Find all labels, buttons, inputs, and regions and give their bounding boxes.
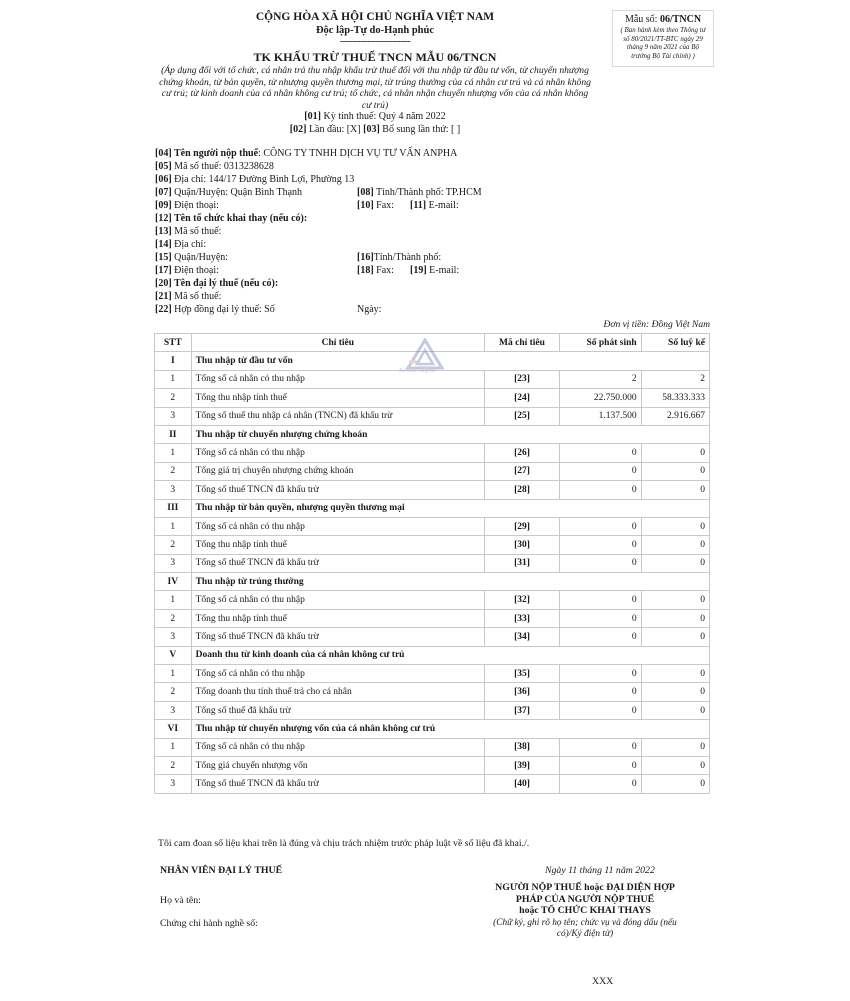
form-description: (Áp dụng đối với tổ chức, cá nhân trả th… xyxy=(150,65,600,111)
row-code: [38] xyxy=(485,738,560,756)
row-indicator: Tổng số thuế TNCN đã khấu trừ xyxy=(191,481,484,499)
row-code: [34] xyxy=(485,628,560,646)
row-cumulative: 0 xyxy=(641,683,709,701)
table-row: 3Tổng số thuế thu nhập cá nhân (TNCN) đã… xyxy=(155,407,710,425)
table-row: 1Tổng số cá nhân có thu nhập[35]00 xyxy=(155,665,710,683)
row-code: [23] xyxy=(485,370,560,388)
row-indicator: Tổng số cá nhân có thu nhập xyxy=(191,591,484,609)
row-code: [25] xyxy=(485,407,560,425)
row-amount: 0 xyxy=(559,591,641,609)
anpha-triangle-logo-icon xyxy=(405,338,445,370)
row-amount: 0 xyxy=(559,665,641,683)
row-stt: 3 xyxy=(155,628,192,646)
table-row: 1Tổng số cá nhân có thu nhập[32]00 xyxy=(155,591,710,609)
row-code: [40] xyxy=(485,775,560,793)
row-code: [36] xyxy=(485,683,560,701)
taxpayer-name: [04] Tên người nộp thuế: CÔNG TY TNHH DỊ… xyxy=(155,148,457,160)
row-code: [27] xyxy=(485,462,560,480)
row-indicator: Tổng số cá nhân có thu nhập xyxy=(191,444,484,462)
section-title: Doanh thu từ kinh doanh của cá nhân khôn… xyxy=(191,646,709,664)
agent-title: [20] Tên đại lý thuế (nếu có): xyxy=(155,278,278,290)
row-indicator: Tổng doanh thu tính thuế trả cho cá nhân xyxy=(191,683,484,701)
row-cumulative: 0 xyxy=(641,738,709,756)
section-title: Thu nhập từ bản quyền, nhượng quyền thươ… xyxy=(191,499,709,517)
substitute-email: [19] E-mail: xyxy=(410,265,459,277)
table-row: 3Tổng số thuế TNCN đã khấu trừ[34]00 xyxy=(155,628,710,646)
table-row: 2Tổng thu nhập tính thuế[24]22.750.00058… xyxy=(155,389,710,407)
table-row: 1Tổng số cá nhân có thu nhập[38]00 xyxy=(155,738,710,756)
row-code: [32] xyxy=(485,591,560,609)
row-indicator: Tổng số cá nhân có thu nhập xyxy=(191,517,484,535)
row-stt: 2 xyxy=(155,536,192,554)
row-indicator: Tổng số thuế TNCN đã khấu trừ xyxy=(191,554,484,572)
watermark: Kế toán Anpha xyxy=(405,338,445,384)
row-indicator: Tổng giá trị chuyển nhượng chứng khoán xyxy=(191,462,484,480)
substitute-phone: [17] Điện thoại: xyxy=(155,265,219,277)
table-section-row: IIIThu nhập từ bản quyền, nhượng quyền t… xyxy=(155,499,710,517)
row-amount: 0 xyxy=(559,444,641,462)
agent-staff-title: NHÂN VIÊN ĐẠI LÝ THUẾ xyxy=(160,865,282,877)
row-cumulative: 0 xyxy=(641,701,709,719)
row-cumulative: 0 xyxy=(641,444,709,462)
row-cumulative: 2.916.667 xyxy=(641,407,709,425)
row-amount: 0 xyxy=(559,775,641,793)
row-cumulative: 0 xyxy=(641,554,709,572)
substitute-district: [15] Quận/Huyện: xyxy=(155,252,228,264)
substitute-tax-id: [13] Mã số thuế: xyxy=(155,226,221,238)
section-title: Thu nhập từ chuyển nhượng chứng khoán xyxy=(191,425,709,443)
row-amount: 0 xyxy=(559,609,641,627)
row-stt: 2 xyxy=(155,683,192,701)
table-row: 2Tổng thu nhập tính thuế[30]00 xyxy=(155,536,710,554)
row-indicator: Tổng số thuế thu nhập cá nhân (TNCN) đã … xyxy=(191,407,484,425)
table-section-row: IIThu nhập từ chuyển nhượng chứng khoán xyxy=(155,425,710,443)
taxpayer-province: [08] Tỉnh/Thành phố: TP.HCM xyxy=(357,187,482,199)
table-row: 3Tổng số thuế đã khấu trừ[37]00 xyxy=(155,701,710,719)
row-stt: 3 xyxy=(155,701,192,719)
table-row: 3Tổng số thuế TNCN đã khấu trừ[31]00 xyxy=(155,554,710,572)
row-code: [24] xyxy=(485,389,560,407)
signer-line-3: hoặc TỔ CHỨC KHAI THAYS xyxy=(490,905,680,917)
row-indicator: Tổng giá chuyển nhượng vốn xyxy=(191,756,484,774)
table-row: 2Tổng doanh thu tính thuế trả cho cá nhâ… xyxy=(155,683,710,701)
agent-contract: [22] Hợp đồng đại lý thuế: Số xyxy=(155,304,275,316)
row-cumulative: 0 xyxy=(641,481,709,499)
row-indicator: Tổng số thuế đã khấu trừ xyxy=(191,701,484,719)
row-amount: 0 xyxy=(559,756,641,774)
row-stt: 1 xyxy=(155,665,192,683)
table-section-row: VDoanh thu từ kinh doanh của cá nhân khô… xyxy=(155,646,710,664)
row-code: [37] xyxy=(485,701,560,719)
signer-note: (Chữ ký, ghi rõ họ tên; chức vụ và đóng … xyxy=(490,918,680,940)
row-amount: 1.137.500 xyxy=(559,407,641,425)
row-cumulative: 0 xyxy=(641,756,709,774)
row-stt: 2 xyxy=(155,609,192,627)
row-code: [31] xyxy=(485,554,560,572)
table-section-row: IVThu nhập từ trúng thưởng xyxy=(155,573,710,591)
row-cumulative: 0 xyxy=(641,591,709,609)
section-title: Thu nhập từ đầu tư vốn xyxy=(191,352,709,370)
declaration: Tôi cam đoan số liệu khai trên là đúng v… xyxy=(158,838,529,850)
row-code: [30] xyxy=(485,536,560,554)
table-section-row: VIThu nhập từ chuyển nhượng vốn của cá n… xyxy=(155,720,710,738)
row-amount: 0 xyxy=(559,462,641,480)
nation-title: CỘNG HÒA XÃ HỘI CHỦ NGHĨA VIỆT NAM xyxy=(150,10,600,24)
agent-contract-date: Ngày: xyxy=(357,304,381,316)
row-stt: 1 xyxy=(155,591,192,609)
row-amount: 0 xyxy=(559,481,641,499)
section-title: Thu nhập từ trúng thưởng xyxy=(191,573,709,591)
row-cumulative: 0 xyxy=(641,517,709,535)
table-row: 2Tổng giá trị chuyển nhượng chứng khoán[… xyxy=(155,462,710,480)
row-cumulative: 0 xyxy=(641,665,709,683)
section-title: Thu nhập từ chuyển nhượng vốn của cá nhâ… xyxy=(191,720,709,738)
table-row: 3Tổng số thuế TNCN đã khấu trừ[28]00 xyxy=(155,481,710,499)
row-cumulative: 0 xyxy=(641,462,709,480)
table-row: 1Tổng số cá nhân có thu nhập[29]00 xyxy=(155,517,710,535)
row-stt: 1 xyxy=(155,738,192,756)
row-stt: 1 xyxy=(155,370,192,388)
row-code: [35] xyxy=(485,665,560,683)
row-code: [26] xyxy=(485,444,560,462)
substitute-address: [14] Địa chỉ: xyxy=(155,239,206,251)
row-amount: 0 xyxy=(559,683,641,701)
section-number: II xyxy=(155,425,192,443)
taxpayer-district: [07] Quận/Huyện: Quận Bình Thạnh xyxy=(155,187,302,199)
row-stt: 2 xyxy=(155,756,192,774)
header-separator: ---------------------------- xyxy=(150,37,600,45)
table-body: IThu nhập từ đầu tư vốn1Tổng số cá nhân … xyxy=(155,352,710,793)
row-indicator: Tổng số cá nhân có thu nhập xyxy=(191,738,484,756)
col-stt: STT xyxy=(155,334,192,352)
row-stt: 1 xyxy=(155,444,192,462)
row-cumulative: 2 xyxy=(641,370,709,388)
table-row: 3Tổng số thuế TNCN đã khấu trừ[40]00 xyxy=(155,775,710,793)
table-row: 2Tổng thu nhập tính thuế[33]00 xyxy=(155,609,710,627)
row-stt: 3 xyxy=(155,407,192,425)
row-indicator: Tổng thu nhập tính thuế xyxy=(191,536,484,554)
signing-date: Ngày 11 tháng 11 năm 2022 xyxy=(545,865,655,877)
watermark-text: Kế toán Anpha xyxy=(399,368,435,374)
row-amount: 22.750.000 xyxy=(559,389,641,407)
row-stt: 2 xyxy=(155,462,192,480)
form-number-box: Mẫu số: 06/TNCN ( Ban hành kèm theo Thôn… xyxy=(612,10,714,67)
certificate-label: Chứng chỉ hành nghề số: xyxy=(160,918,258,930)
row-amount: 0 xyxy=(559,536,641,554)
table-row: 1Tổng số cá nhân có thu nhập[26]00 xyxy=(155,444,710,462)
form-regulation-note: ( Ban hành kèm theo Thông tư số 80/2021/… xyxy=(613,26,713,60)
col-cumulative: Số luỹ kế xyxy=(641,334,709,352)
row-stt: 3 xyxy=(155,775,192,793)
row-cumulative: 58.333.333 xyxy=(641,389,709,407)
taxpayer-address: [06] Địa chỉ: 144/17 Đường Bình Lợi, Phư… xyxy=(155,174,354,186)
tax-table: STT Chỉ tiêu Mã chỉ tiêu Số phát sinh Số… xyxy=(154,333,710,794)
row-indicator: Tổng thu nhập tính thuế xyxy=(191,609,484,627)
section-number: III xyxy=(155,499,192,517)
row-code: [39] xyxy=(485,756,560,774)
substitute-title: [12] Tên tổ chức khai thay (nếu có): xyxy=(155,213,307,225)
row-code: [28] xyxy=(485,481,560,499)
row-stt: 1 xyxy=(155,517,192,535)
currency-unit: Đơn vị tiền: Đồng Việt Nam xyxy=(560,320,710,330)
row-amount: 2 xyxy=(559,370,641,388)
form-title: TK KHẤU TRỪ THUẾ TNCN MẪU 06/TNCN xyxy=(150,49,600,65)
tax-period: [01] Kỳ tính thuế: Quý 4 năm 2022 xyxy=(150,111,600,124)
row-stt: 3 xyxy=(155,554,192,572)
section-number: V xyxy=(155,646,192,664)
col-amount: Số phát sinh xyxy=(559,334,641,352)
section-number: IV xyxy=(155,573,192,591)
taxpayer-email: [11] E-mail: xyxy=(410,200,459,212)
row-amount: 0 xyxy=(559,738,641,756)
table-row: 2Tổng giá chuyển nhượng vốn[39]00 xyxy=(155,756,710,774)
substitute-province: [16]Tỉnh/Thành phố: xyxy=(357,252,441,264)
row-stt: 2 xyxy=(155,389,192,407)
row-code: [33] xyxy=(485,609,560,627)
section-number: I xyxy=(155,352,192,370)
section-number: VI xyxy=(155,720,192,738)
row-stt: 3 xyxy=(155,481,192,499)
row-cumulative: 0 xyxy=(641,609,709,627)
row-code: [29] xyxy=(485,517,560,535)
substitute-fax: [18] Fax: xyxy=(357,265,394,277)
signer-line-1: NGƯỜI NỘP THUẾ hoặc ĐẠI DIỆN HỢP xyxy=(490,882,680,894)
taxpayer-fax: [10] Fax: xyxy=(357,200,394,212)
filing-type: [02] Lần đầu: [X] [03] Bổ sung lần thứ: … xyxy=(150,124,600,137)
form-number: 06/TNCN xyxy=(660,14,701,25)
row-amount: 0 xyxy=(559,554,641,572)
col-code: Mã chỉ tiêu xyxy=(485,334,560,352)
signer-block: NGƯỜI NỘP THUẾ hoặc ĐẠI DIỆN HỢP PHÁP CỦ… xyxy=(490,882,680,940)
row-indicator: Tổng thu nhập tính thuế xyxy=(191,389,484,407)
full-name-label: Họ và tên: xyxy=(160,895,201,907)
row-cumulative: 0 xyxy=(641,775,709,793)
document-header: CỘNG HÒA XÃ HỘI CHỦ NGHĨA VIỆT NAM Độc l… xyxy=(150,10,600,136)
signature: XXX xyxy=(592,976,613,988)
row-indicator: Tổng số thuế TNCN đã khấu trừ xyxy=(191,628,484,646)
taxpayer-tax-id: [05] Mã số thuế: 0313238628 xyxy=(155,161,274,173)
row-amount: 0 xyxy=(559,701,641,719)
signer-line-2: PHÁP CỦA NGƯỜI NỘP THUẾ xyxy=(490,894,680,906)
row-cumulative: 0 xyxy=(641,536,709,554)
row-amount: 0 xyxy=(559,628,641,646)
row-amount: 0 xyxy=(559,517,641,535)
row-cumulative: 0 xyxy=(641,628,709,646)
agent-tax-id: [21] Mã số thuế: xyxy=(155,291,221,303)
row-indicator: Tổng số cá nhân có thu nhập xyxy=(191,665,484,683)
taxpayer-phone: [09] Điện thoại: xyxy=(155,200,219,212)
row-indicator: Tổng số thuế TNCN đã khấu trừ xyxy=(191,775,484,793)
